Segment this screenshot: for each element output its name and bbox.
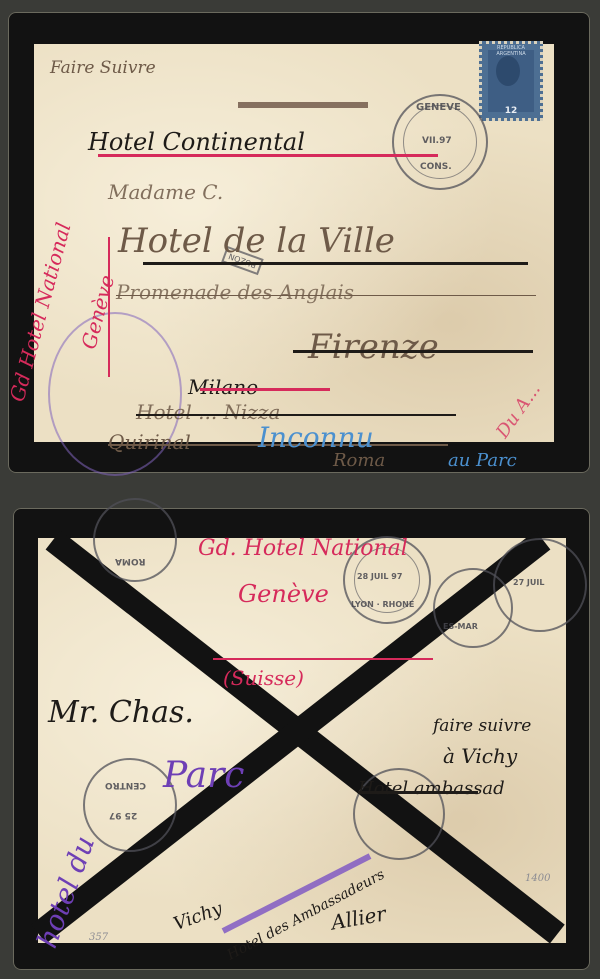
cover-front: REPUBLICA ARGENTINA 12 GENEVE VII.97 CON…	[8, 12, 590, 473]
annotation-faire-suivre: Faire Suivre	[50, 60, 156, 77]
cover-back: LYON · RHONE 28 JUIL 97 27 JUIL ES-MAR C…	[13, 508, 590, 970]
annotation-hotel-de-la-ville: Hotel de la Ville	[118, 224, 395, 258]
annotation-madame: Madame C.	[108, 182, 223, 202]
stamp-denomination: 12	[482, 106, 540, 116]
stamp-portrait-icon	[496, 56, 520, 86]
annotation-hotel-ambassadeurs: Hotel ambassad	[358, 780, 505, 798]
annotation-mr-chas: Mr. Chas.	[48, 698, 194, 728]
annotation-promenade-des-anglais: Promenade des Anglais	[116, 282, 354, 302]
annotation-hotel-nizza: Hotel ... Nizza	[136, 402, 280, 422]
annotation-milano: Milano	[188, 377, 258, 397]
annotation-faire-suivre-back: faire suivre	[433, 718, 531, 735]
annotation-inconnu: Inconnu	[258, 424, 374, 452]
postage-stamp: REPUBLICA ARGENTINA 12	[479, 41, 543, 121]
stamp-country: REPUBLICA ARGENTINA	[482, 45, 540, 57]
annotation-firenze: Firenze	[308, 330, 439, 364]
annotation-parc: Parc	[163, 758, 244, 794]
annotation-au-parc: au Parc	[448, 452, 517, 470]
postmark-roma: ROMA	[93, 498, 177, 582]
annotation-hotel-continental: Hotel Continental	[88, 130, 305, 154]
annotation-geneve: Genève	[238, 582, 329, 606]
annotation-a-vichy: à Vichy	[443, 746, 517, 766]
pencil-price: 1400	[525, 874, 550, 884]
pencil-lot-number: 357	[89, 933, 108, 943]
annotation-roma: Roma	[333, 452, 385, 470]
postmark-marseille: ES-MAR	[433, 568, 513, 648]
annotation-suisse: (Suisse)	[223, 668, 304, 688]
annotation-gd-hotel-national: Gd. Hotel National	[198, 538, 408, 560]
inner-flap-outline	[148, 838, 468, 968]
postmark-geneve: GENEVE VII.97 CONS.	[392, 94, 488, 190]
annotation-quirinal: Quirinal	[108, 432, 191, 452]
